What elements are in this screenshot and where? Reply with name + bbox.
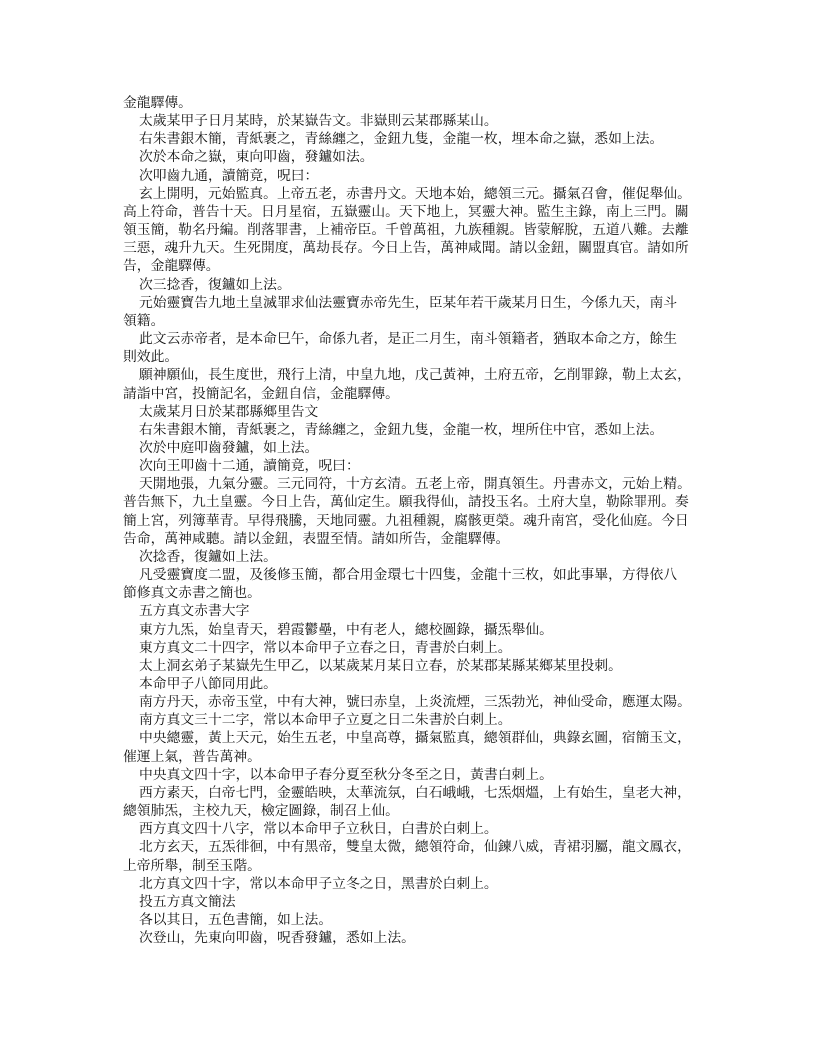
text-line: 次登山，先東向叩齒，呪香發鑪，悉如上法。: [123, 929, 697, 947]
text-line: 請詣中宮，投簡記名，金鈕自信，金龍驛傳。: [123, 385, 697, 403]
text-line: 投五方真文簡法: [123, 893, 697, 911]
text-line: 右朱書銀木簡，青紙裹之，青絲纏之，金鈕九隻，金龍一枚，埋所住中官，悉如上法。: [123, 421, 697, 439]
text-line: 元始靈寶告九地土皇滅罪求仙法靈寶赤帝先生，臣某年若干歲某月日生，今係九天，南斗: [123, 294, 697, 312]
text-line: 次向王叩齒十二通，讀簡竟，呪曰：: [123, 457, 697, 475]
document-page: 金龍驛傳。太歲某甲子日月某時，於某嶽告文。非嶽則云某郡縣某山。右朱書銀木簡，青紙…: [0, 0, 816, 1056]
text-line: 領玉簡，勒名丹編。削落罪書，上補帝臣。千曾萬祖，九族種親。皆蒙解脫，五道八難。去…: [123, 221, 697, 239]
text-line: 東方九炁，始皇青天，碧霞鬱壘，中有老人，總校圖錄，攝炁舉仙。: [123, 621, 697, 639]
text-line: 告，金龍驛傳。: [123, 257, 697, 275]
text-line: 凡受靈寶度二盟，及後修玉簡，都合用金環七十四隻，金龍十三枚，如此事畢，方得依八: [123, 566, 697, 584]
text-line: 南方丹天，赤帝玉堂，中有大神，號曰赤皇，上炎流煙，三炁勃光，神仙受命，應運太陽。: [123, 693, 697, 711]
document-text-block: 金龍驛傳。太歲某甲子日月某時，於某嶽告文。非嶽則云某郡縣某山。右朱書銀木簡，青紙…: [123, 94, 697, 947]
text-line: 北方玄天，五炁徘徊，中有黑帝，雙皇太微，總領符命，仙鍊八威，青裙羽屬，龍文鳳衣，: [123, 838, 697, 856]
text-line: 東方真文二十四字，常以本命甲子立春之日，青書於白刺上。: [123, 639, 697, 657]
text-line: 節修真文赤書之簡也。: [123, 584, 697, 602]
text-line: 上帝所舉，制至玉階。: [123, 857, 697, 875]
text-line: 次叩齒九通，讀簡竟，呪曰：: [123, 167, 697, 185]
text-line: 簡上宮，列簿華青。早得飛騰，天地同靈。九祖種親，腐骸更榮。魂升南宮，受化仙庭。今…: [123, 512, 697, 530]
text-line: 太歲某甲子日月某時，於某嶽告文。非嶽則云某郡縣某山。: [123, 112, 697, 130]
text-line: 中央總靈，黃上天元，始生五老，中皇高尊，攝氣監真，總領群仙，典錄玄圖，宿簡玉文，: [123, 729, 697, 747]
text-line: 次捻香，復鑪如上法。: [123, 548, 697, 566]
text-line: 此文云赤帝者，是本命巳午，命係九者，是正二月生，南斗領籍者，猶取本命之方，餘生: [123, 330, 697, 348]
text-line: 三惡，魂升九天。生死開度，萬劫長存。今日上告，萬神咸聞。請以金鈕，關盟真官。請如…: [123, 239, 697, 257]
text-line: 右朱書銀木簡，青紙裹之，青絲纏之，金鈕九隻，金龍一枚，埋本命之嶽，悉如上法。: [123, 130, 697, 148]
text-line: 玄上開明，元始監真。上帝五老，赤書丹文。天地本始，總領三元。攝氣召會，催促舉仙。: [123, 185, 697, 203]
text-line: 南方真文三十二字，常以本命甲子立夏之日二朱書於白刺上。: [123, 711, 697, 729]
text-line: 各以其日，五色書簡，如上法。: [123, 911, 697, 929]
text-line: 天開地張，九氣分靈。三元同符，十方玄清。五老上帝，開真領生。丹書赤文，元始上精。: [123, 475, 697, 493]
text-line: 太歲某月日於某郡縣鄉里告文: [123, 403, 697, 421]
text-line: 次於中庭叩齒發鑪，如上法。: [123, 439, 697, 457]
text-line: 次於本命之嶽，東向叩齒，發鑪如法。: [123, 148, 697, 166]
text-line: 中央真文四十字，以本命甲子春分夏至秋分冬至之日，黃書白刺上。: [123, 766, 697, 784]
text-line: 太上洞玄弟子某嶽先生甲乙，以某歲某月某日立春，於某郡某縣某鄉某里投刺。: [123, 657, 697, 675]
text-line: 北方真文四十字，常以本命甲子立冬之日，黑書於白刺上。: [123, 875, 697, 893]
text-line: 金龍驛傳。: [123, 94, 697, 112]
text-line: 告命，萬神咸聽。請以金鈕，表盟至情。請如所告，金龍驛傳。: [123, 530, 697, 548]
text-line: 普告無下，九土皇靈。今日上告，萬仙定生。願我得仙，請投玉名。土府大皇，勒除罪刑。…: [123, 493, 697, 511]
text-line: 總領肺炁，主校九天，檢定圖錄，制召上仙。: [123, 802, 697, 820]
text-line: 本命甲子八節同用此。: [123, 675, 697, 693]
text-line: 高上符命，普告十天。日月星宿，五嶽靈山。天下地上，冥靈大神。監生主錄，南上三門。…: [123, 203, 697, 221]
text-line: 西方真文四十八字，常以本命甲子立秋日，白書於白刺上。: [123, 820, 697, 838]
text-line: 則效此。: [123, 348, 697, 366]
text-line: 催運上氣，普告萬神。: [123, 748, 697, 766]
text-line: 願神願仙，長生度世，飛行上清，中皇九地，戊己黃神，土府五帝，乞削罪錄，勒上太玄，: [123, 366, 697, 384]
text-line: 次三捻香，復鑪如上法。: [123, 276, 697, 294]
text-line: 五方真文赤書大字: [123, 602, 697, 620]
text-line: 西方素天，白帝七門，金靈皓映，太華流氛，白石峨峨，七炁烟熅，上有始生，皇老大神，: [123, 784, 697, 802]
text-line: 領籍。: [123, 312, 697, 330]
